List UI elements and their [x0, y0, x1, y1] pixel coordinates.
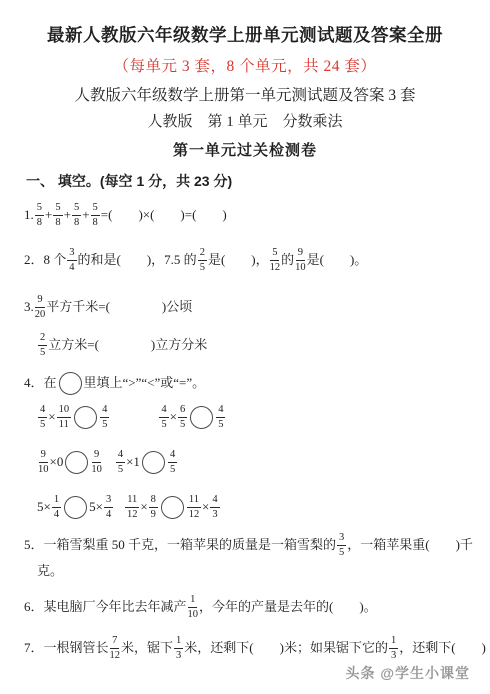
fraction: 35	[337, 533, 346, 558]
fraction: 58	[35, 203, 44, 228]
watermark: 头条 @学生小课堂	[24, 663, 484, 683]
text-run: 立方米=( )立方分米	[48, 338, 207, 353]
text-run: 3.	[24, 300, 34, 315]
text-run: 5．一箱雪梨重 50 千克，一箱苹果的质量是一箱雪梨的	[24, 538, 336, 553]
text-run: 1.	[24, 208, 34, 223]
fraction: 1112	[187, 495, 201, 520]
line-q7: 7．一根钢管长712米，锯下13米，还剩下( )米；如果锯下它的13，还剩下( …	[24, 635, 484, 663]
line-q5b: 克。	[37, 563, 484, 581]
text-run: +	[45, 208, 52, 223]
fraction: 712	[110, 636, 121, 661]
line-q3b: 25立方米=( )立方分米	[37, 332, 484, 360]
fraction: 25	[198, 248, 207, 273]
fraction: 45	[38, 405, 47, 430]
text-run: ×	[170, 410, 177, 425]
exam-title: 第一单元过关检测卷	[24, 142, 466, 161]
fraction: 45	[116, 450, 125, 475]
spacer	[110, 417, 158, 418]
comparison-blank-circle	[65, 451, 88, 474]
fraction: 1011	[57, 405, 72, 430]
text-run: ，一箱苹果重( )千	[347, 538, 473, 553]
spacer	[103, 462, 115, 463]
fraction: 45	[168, 450, 177, 475]
comparison-blank-circle	[190, 406, 213, 429]
fraction: 58	[72, 203, 81, 228]
fraction: 34	[67, 248, 76, 273]
comparison-blank-circle	[59, 372, 82, 395]
fraction: 65	[178, 405, 187, 430]
line-q4: 4．在里填上“>”“<”或“=”。	[24, 371, 484, 397]
document-page: 最新人教版六年级数学上册单元测试题及答案全册 （每单元 3 套，8 个单元，共 …	[0, 0, 490, 683]
fraction: 110	[188, 595, 199, 620]
text-run: ×	[48, 410, 55, 425]
text-run: 里填上“>”“<”或“=”。	[84, 376, 206, 391]
line-q6: 6．某电脑厂今年比去年减产110，今年的产量是去年的( )。	[24, 594, 484, 622]
fraction: 14	[52, 495, 61, 520]
text-run: +	[64, 208, 71, 223]
comparison-blank-circle	[161, 496, 184, 519]
text-run: ×	[140, 500, 147, 515]
text-run: ×	[202, 500, 209, 515]
text-run: ，今年的产量是去年的( )。	[199, 600, 377, 615]
text-run: 4．在	[24, 376, 57, 391]
comparison-blank-circle	[142, 451, 165, 474]
subtitle-red: （每单元 3 套，8 个单元，共 24 套）	[24, 57, 466, 77]
text-run: ，还剩下( )	[399, 641, 486, 656]
fraction: 58	[53, 203, 62, 228]
text-run: 克。	[37, 564, 63, 579]
fraction: 13	[389, 636, 398, 661]
fraction: 910	[38, 450, 49, 475]
text-run: 2．8 个	[24, 253, 66, 268]
section-heading: 一、 填空。(每空 1 分，共 23 分)	[26, 172, 484, 190]
series-line: 人教版六年级数学上册第一单元测试题及答案 3 套	[24, 86, 466, 105]
comparison-blank-circle	[74, 406, 97, 429]
fraction: 13	[174, 636, 183, 661]
page-title: 最新人教版六年级数学上册单元测试题及答案全册	[24, 24, 466, 47]
fraction: 1112	[125, 495, 139, 520]
text-run: 米，还剩下( )米；如果锯下它的	[184, 641, 388, 656]
line-q4r3: 5×145×341112×891112×43	[37, 493, 484, 523]
fraction: 43	[210, 495, 219, 520]
text-run: 7．一根钢管长	[24, 641, 109, 656]
fraction: 34	[104, 495, 113, 520]
question-list: 1.58+58+58+58=( )×( )=( )2．8 个34的和是( )，7…	[24, 202, 484, 663]
text-run: 是( )，	[208, 253, 269, 268]
text-run: 6．某电脑厂今年比去年减产	[24, 600, 187, 615]
line-q4r1: 45×10114545×6545	[37, 403, 484, 433]
text-run: +	[82, 208, 89, 223]
fraction: 89	[149, 495, 158, 520]
fraction: 45	[100, 405, 109, 430]
text-run: =( )×( )=( )	[101, 208, 227, 223]
fraction: 25	[38, 333, 47, 358]
spacer	[114, 507, 124, 508]
text-run: 平方千米=( )公顷	[46, 300, 192, 315]
comparison-blank-circle	[64, 496, 87, 519]
text-run: 5×	[37, 500, 51, 515]
fraction: 920	[35, 295, 46, 320]
fraction: 910	[91, 450, 102, 475]
line-q4r2: 910×091045×145	[37, 448, 484, 478]
text-run: 的	[281, 253, 294, 268]
fraction: 45	[159, 405, 168, 430]
unit-line: 人教版 第 1 单元 分数乘法	[24, 113, 466, 132]
text-run: 米，锯下	[121, 641, 173, 656]
fraction: 910	[295, 248, 306, 273]
text-run: 的和是( )，7.5 的	[78, 253, 197, 268]
fraction: 58	[91, 203, 100, 228]
line-q1: 1.58+58+58+58=( )×( )=( )	[24, 202, 484, 230]
fraction: 512	[270, 248, 281, 273]
line-q3a: 3.920平方千米=( )公顷	[24, 294, 484, 322]
line-q5a: 5．一箱雪梨重 50 千克，一箱苹果的质量是一箱雪梨的35，一箱苹果重( )千	[24, 532, 484, 560]
text-run: ×1	[126, 455, 140, 470]
text-run: 是( )。	[307, 253, 368, 268]
text-run: 5×	[89, 500, 103, 515]
line-q2: 2．8 个34的和是( )，7.5 的25是( )，512的910是( )。	[24, 247, 484, 275]
text-run: ×0	[50, 455, 64, 470]
fraction: 45	[216, 405, 225, 430]
